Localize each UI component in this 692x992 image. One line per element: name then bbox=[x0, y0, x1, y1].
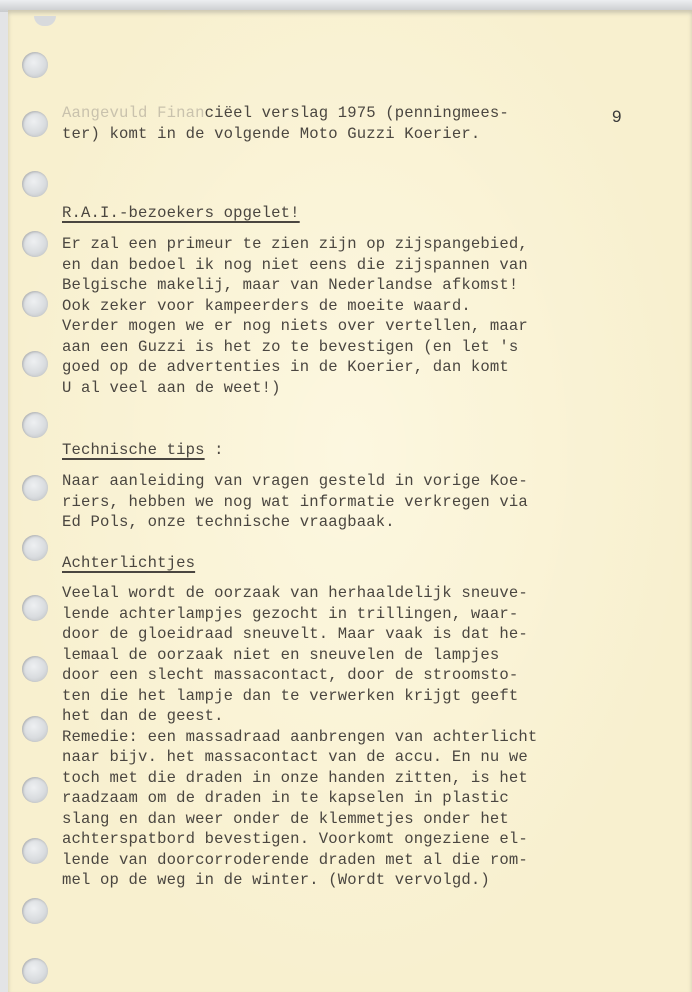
text-line: U al veel aan de weet!) bbox=[62, 379, 281, 397]
binder-hole-icon bbox=[22, 351, 48, 377]
binder-hole-icon bbox=[22, 231, 48, 257]
binder-hole-icon bbox=[22, 716, 48, 742]
page-number: 9 bbox=[612, 107, 621, 127]
binder-hole-icon bbox=[22, 656, 48, 682]
binder-hole-icon bbox=[22, 52, 48, 78]
text-line: achterspatbord bevestigen. Voorkomt onge… bbox=[62, 830, 528, 848]
text-line: lemaal de oorzaak niet en sneuvelen de l… bbox=[62, 646, 499, 664]
text-line: Belgische makelij, maar van Nederlandse … bbox=[62, 276, 518, 294]
text-line: goed op de advertenties in de Koerier, d… bbox=[62, 358, 509, 376]
binder-hole-icon bbox=[22, 535, 48, 561]
text-line: en dan bedoel ik nog niet eens die zijsp… bbox=[62, 256, 528, 274]
text-line: naar bijv. het massacontact van de accu.… bbox=[62, 748, 528, 766]
binder-hole-icon bbox=[22, 958, 48, 984]
faded-text: Aangevuld Finan bbox=[62, 104, 205, 122]
text-line: door de gloeidraad sneuvelt. Maar vaak i… bbox=[62, 625, 528, 643]
text-line: aan een Guzzi is het zo te bevestigen (e… bbox=[62, 338, 518, 356]
binder-hole-icon bbox=[22, 111, 48, 137]
page-notch bbox=[34, 16, 56, 26]
text-line: Ook zeker voor kampeerders de moeite waa… bbox=[62, 297, 471, 315]
binder-hole-icon bbox=[22, 838, 48, 864]
binder-hole-icon bbox=[22, 475, 48, 501]
text-line: het dan de geest. bbox=[62, 707, 224, 725]
binder-hole-icon bbox=[22, 777, 48, 803]
text-line: toch met die draden in onze handen zitte… bbox=[62, 769, 528, 787]
text-line: slang en dan weer onder de klemmetjes on… bbox=[62, 810, 509, 828]
text-line: ten die het lampje dan te verwerken krij… bbox=[62, 687, 518, 705]
text-line: lende van doorcorroderende draden met al… bbox=[62, 851, 528, 869]
text-line: Remedie: een massadraad aanbrengen van a… bbox=[62, 728, 537, 746]
section-heading-rai: R.A.I.-bezoekers opgelet! bbox=[62, 204, 300, 222]
binder-hole-icon bbox=[22, 171, 48, 197]
section-heading-technische-tips: Technische tips : bbox=[62, 441, 224, 459]
binder-hole-icon bbox=[22, 291, 48, 317]
text-line: Naar aanleiding van vragen gesteld in vo… bbox=[62, 472, 528, 490]
text-line: Verder mogen we er nog niets over vertel… bbox=[62, 317, 528, 335]
text-line: door een slecht massacontact, door de st… bbox=[62, 666, 518, 684]
text-line: mel op de weg in de winter. (Wordt vervo… bbox=[62, 871, 490, 889]
text-line: Er zal een primeur te zien zijn op zijsp… bbox=[62, 235, 528, 253]
binder-hole-icon bbox=[22, 595, 48, 621]
text-line: Ed Pols, onze technische vraagbaak. bbox=[62, 513, 395, 531]
section-heading-achterlichtjes: Achterlichtjes bbox=[62, 554, 195, 572]
intro-line-1: Aangevuld Financiëel verslag 1975 (penni… bbox=[62, 104, 509, 122]
binder-hole-icon bbox=[22, 412, 48, 438]
text-line: riers, hebben we nog wat informatie verk… bbox=[62, 493, 528, 511]
text-line: lende achterlampjes gezocht in trillinge… bbox=[62, 605, 518, 623]
text-line: raadzaam om de draden in te kapselen in … bbox=[62, 789, 509, 807]
intro-line-2: ter) komt in de volgende Moto Guzzi Koer… bbox=[62, 125, 480, 143]
binder-hole-icon bbox=[22, 898, 48, 924]
text-line: Veelal wordt de oorzaak van herhaaldelij… bbox=[62, 584, 528, 602]
